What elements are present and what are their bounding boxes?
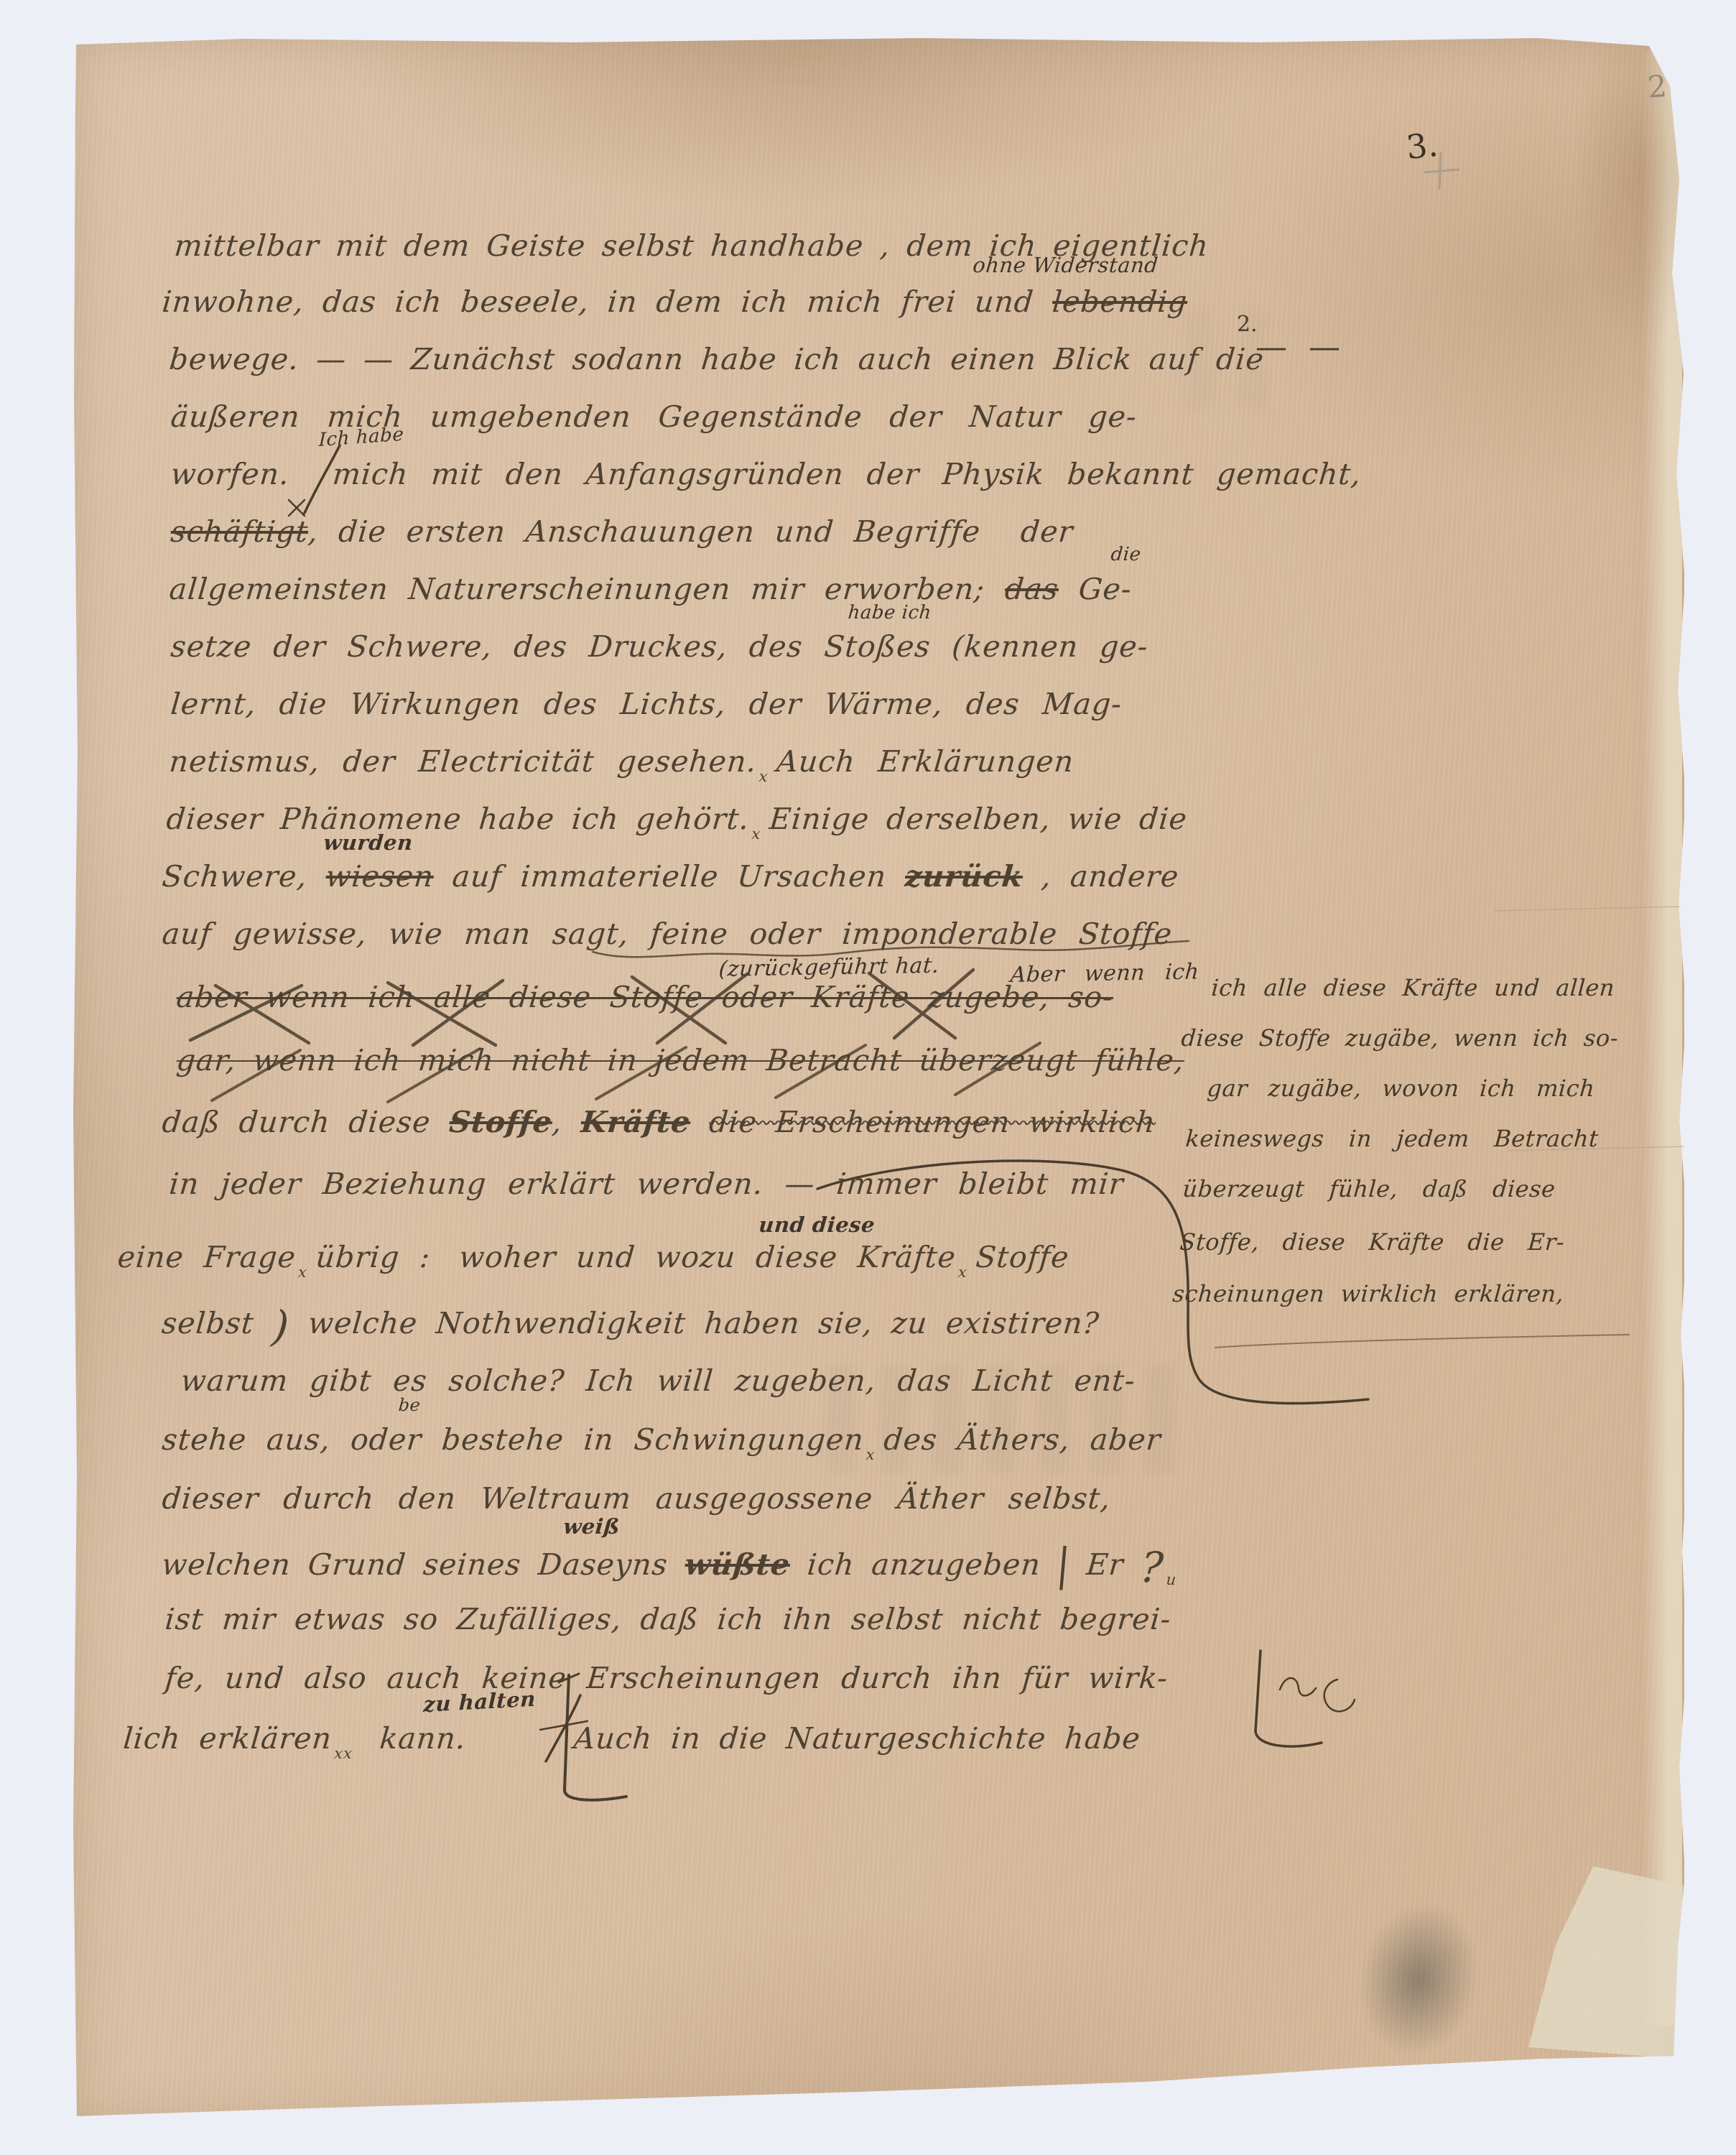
text-segment: auf immaterielle Ursachen — [432, 859, 907, 894]
text-segment: Stoffe — [448, 1105, 554, 1139]
manuscript-line: inwohne, das ich beseele, in dem ich mic… — [161, 284, 1189, 319]
manuscript-scan: { "scan": { "folio_number": "3.", "penci… — [0, 0, 1736, 2155]
text-segment: kann. — [360, 1721, 468, 1756]
text-segment: fe, und also auch keine Erscheinungen du… — [164, 1661, 1169, 1695]
caret-mark: u — [1166, 1571, 1178, 1588]
manuscript-line: allgemeinsten Naturerscheinungen mir erw… — [168, 572, 1133, 606]
text-segment: worfen. — [170, 457, 291, 491]
text-segment: welche Nothwendigkeit haben sie, zu exis… — [288, 1306, 1101, 1340]
text-segment: , andere — [1021, 859, 1181, 894]
text-segment: ich anzugeben — [789, 1547, 1059, 1582]
caret-mark: x — [865, 1446, 876, 1463]
text-segment: woher und wozu diese Kräfte — [458, 1240, 957, 1274]
margin-note-line: gar zugäbe, wovon ich mich — [1206, 1075, 1595, 1102]
interlinear-insertion: und diese — [758, 1213, 876, 1237]
manuscript-line: äußeren mich umgebenden Gegenstände der … — [170, 399, 1138, 434]
interlinear-insertion: ohne Widerstand — [972, 253, 1159, 277]
manuscript-line: dieser Phänomene habe ich gehört.xEinige… — [164, 802, 1189, 843]
text-segment: übrig : — [315, 1240, 432, 1274]
text-segment: setze der Schwere, des Druckes, des Stoß… — [170, 629, 1150, 664]
caret-mark: x — [751, 825, 762, 843]
manuscript-line: bewege. — — Zunächst sodann habe ich auc… — [168, 342, 1266, 376]
text-segment: zurück — [904, 859, 1024, 894]
text-segment: inwohne, das ich beseele, in dem ich mic… — [161, 284, 1054, 319]
manuscript-line: warum gibt es solche? Ich will zugeben, … — [180, 1363, 1137, 1398]
manuscript-line: fe, und also auch keine Erscheinungen du… — [164, 1661, 1169, 1695]
text-segment: schäftigt — [170, 514, 310, 549]
interlinear-insertion: weiß — [562, 1514, 621, 1539]
manuscript-line: setze der Schwere, des Druckes, des Stoß… — [170, 629, 1150, 664]
interlinear-insertion: (zurückgeführt hat. — [718, 953, 940, 982]
text-segment: Stoffe — [975, 1240, 1071, 1274]
interlinear-insertion: zu halten — [423, 1687, 537, 1717]
handwritten-text-layer: mittelbar mit dem Geiste selbst handhabe… — [0, 0, 1736, 2155]
text-segment: lernt, die Wirkungen des Lichts, der Wär… — [170, 687, 1123, 721]
manuscript-line: worfen.mich mit den Anfangsgründen der P… — [170, 457, 1363, 491]
text-segment: selbst — [160, 1306, 274, 1340]
word-gap — [430, 1266, 458, 1267]
quire-mark-number: 2. — [1237, 312, 1258, 337]
text-segment: dieser durch den Weltraum ausgegossene Ä… — [161, 1481, 1113, 1516]
interlinear-insertion: be — [398, 1395, 422, 1415]
manuscript-line: in jeder Beziehung erklärt werden. — imm… — [168, 1167, 1125, 1201]
text-segment: stehe aus, oder bestehe in Schwingungen — [161, 1422, 865, 1457]
text-segment: Kräfte — [580, 1105, 692, 1139]
manuscript-line: lich erklärenxx kann.Auch in die Naturge… — [121, 1721, 1142, 1762]
text-segment: Er — [1068, 1547, 1143, 1582]
text-segment: eine Frage — [116, 1240, 297, 1274]
text-segment: Einige derselben, wie die — [768, 802, 1189, 836]
manuscript-line: Schwere, wiesen auf immaterielle Ursache… — [161, 859, 1181, 894]
text-segment: | — [1056, 1539, 1072, 1590]
margin-note-line: keineswegs in jedem Betracht — [1184, 1125, 1599, 1152]
text-segment: die Erscheinungen wirklich — [707, 1105, 1157, 1139]
margin-note-line: überzeugt fühle, daß diese — [1182, 1175, 1556, 1202]
manuscript-line: selbst ) welche Nothwendigkeit haben sie… — [159, 1302, 1101, 1350]
text-segment: Auch Erklärungen — [775, 744, 1075, 779]
manuscript-line: aber wenn ich alle diese Stoffe oder Krä… — [175, 980, 1115, 1014]
manuscript-line: schäftigt, die ersten Anschauungen und B… — [170, 514, 1075, 549]
folio-number: 3. — [1404, 125, 1439, 167]
text-segment: äußeren mich umgebenden Gegenstände der … — [170, 399, 1138, 434]
interlinear-insertion: die — [1110, 544, 1141, 565]
text-segment: Schwere, — [161, 859, 328, 894]
quire-mark-dashes: — — — [1255, 329, 1346, 366]
margin-note-line: scheinungen wirklich erklären, — [1171, 1280, 1564, 1307]
text-segment: ist mir etwas so Zufälliges, daß ich ihn… — [164, 1602, 1173, 1636]
text-segment: allgemeinsten Naturerscheinungen mir erw… — [168, 572, 1006, 606]
manuscript-line: stehe aus, oder bestehe in Schwingungenx… — [160, 1422, 1163, 1463]
text-segment: warum gibt es solche? Ich will zugeben, … — [180, 1363, 1137, 1398]
text-segment: welchen Grund seines Daseyns — [160, 1547, 687, 1582]
word-gap — [465, 1748, 573, 1748]
text-segment: lich erklären — [122, 1721, 333, 1756]
text-segment: in jeder Beziehung erklärt werden. — imm… — [168, 1167, 1125, 1201]
margin-note-line: ich alle diese Kräfte und allen — [1210, 974, 1615, 1001]
text-segment: bewege. — — Zunächst sodann habe ich auc… — [168, 342, 1266, 376]
manuscript-line: eine Fragexübrig :woher und wozu diese K… — [116, 1240, 1071, 1281]
manuscript-line: dieser durch den Weltraum ausgegossene Ä… — [161, 1481, 1113, 1516]
manuscript-line: auf gewisse, wie man sagt, feine oder im… — [161, 917, 1174, 951]
text-segment: netismus, der Electricität gesehen. — [168, 744, 758, 779]
text-segment: aber wenn ich alle diese Stoffe oder Krä… — [175, 980, 1115, 1014]
text-segment: , die ersten Anschauungen und Begriffe d… — [307, 514, 1074, 549]
text-segment: Ge- — [1057, 572, 1133, 606]
text-segment: Auch in die Naturgeschichte habe — [572, 1721, 1142, 1756]
word-gap — [289, 483, 332, 484]
margin-note-line: diese Stoffe zugäbe, wenn ich so- — [1180, 1024, 1619, 1052]
text-segment: das — [1003, 572, 1060, 606]
manuscript-line: welchen Grund seines Daseyns wüßte ich a… — [159, 1543, 1187, 1592]
text-segment: gar, wenn ich mich nicht in jedem Betrac… — [175, 1043, 1186, 1077]
pencil-corner-number: 2 — [1646, 68, 1668, 105]
interlinear-insertion: habe ich — [847, 602, 932, 624]
text-segment: daß durch diese — [161, 1105, 451, 1139]
caret-mark: xx — [333, 1745, 353, 1762]
text-segment: des Äthers, aber — [883, 1422, 1163, 1457]
text-segment: ) — [270, 1302, 292, 1350]
interlinear-insertion: Aber wenn ich — [1010, 959, 1200, 988]
manuscript-line: daß durch diese Stoffe, Kräfte die Ersch… — [161, 1105, 1157, 1139]
manuscript-line: gar, wenn ich mich nicht in jedem Betrac… — [175, 1043, 1186, 1077]
margin-note-line: Stoffe, diese Kräfte die Er- — [1179, 1228, 1565, 1256]
text-segment: mich mit den Anfangsgründen der Physik b… — [331, 457, 1363, 491]
caret-mark: x — [297, 1264, 308, 1281]
text-segment: , — [551, 1105, 582, 1139]
text-segment: lebendig — [1051, 284, 1189, 319]
text-segment: wüßte — [684, 1547, 792, 1582]
caret-mark: x — [758, 768, 769, 785]
manuscript-line: netismus, der Electricität gesehen.xAuch… — [167, 744, 1075, 785]
manuscript-line: ist mir etwas so Zufälliges, daß ich ihn… — [164, 1602, 1173, 1636]
manuscript-line: lernt, die Wirkungen des Lichts, der Wär… — [170, 687, 1123, 721]
interlinear-insertion: wurden — [322, 830, 414, 855]
text-segment: auf gewisse, wie man sagt, feine oder im… — [161, 917, 1174, 951]
text-segment: wiesen — [325, 859, 435, 894]
caret-mark: x — [957, 1264, 968, 1281]
text-segment: dieser Phänomene habe ich gehört. — [165, 802, 751, 836]
text-segment: ? — [1138, 1543, 1166, 1592]
